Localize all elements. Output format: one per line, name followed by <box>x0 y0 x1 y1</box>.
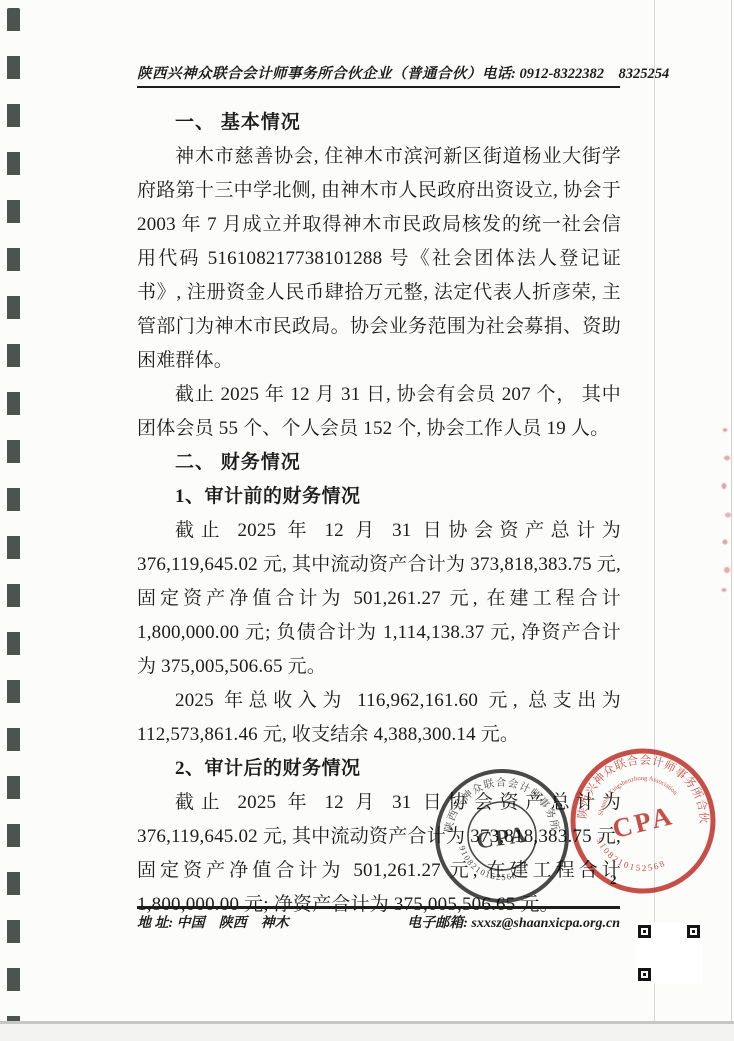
spiral-binding-holes <box>7 8 20 1028</box>
qr-finder-bottom-left <box>638 968 651 981</box>
scan-background <box>0 1024 734 1041</box>
paragraph-pre-audit-figures: 截止 2025 年 12 月 31 日协会资产总计为 376,119,645.0… <box>137 514 621 684</box>
firm-name: 陕西兴神众联合会计师事务所合伙企业（普通合伙） <box>137 62 482 83</box>
address-text: 地 址: 中国 陕西 神木 <box>137 912 289 932</box>
subheading-pre-audit: 1、审计前的财务情况 <box>137 480 621 514</box>
svg-text:9108210152568: 9108210152568 <box>595 836 668 873</box>
qr-finder-top-right <box>687 925 700 938</box>
red-stamp-cpa-text: CPA <box>609 800 677 844</box>
section-heading-basic-info: 一、 基本情况 <box>137 106 621 140</box>
red-stamp-edge-fragment <box>719 420 733 595</box>
red-cpa-seal-stamp: 陕西兴神众联合会计师事务所合伙企业（普通合伙） Shaanxi Xingshen… <box>568 746 718 901</box>
black-stamp-cpa-text: CPA <box>475 822 530 854</box>
qr-finder-top-left <box>638 925 651 938</box>
red-stamp-serial: 9108210152568 <box>595 836 668 873</box>
scanned-document-page: 陕西兴神众联合会计师事务所合伙企业（普通合伙） 电话: 0912-8322382… <box>0 0 734 1041</box>
black-stamp-ring-text: 陕西兴神众联合会计师事务所合伙企业（普通合伙） <box>432 766 561 833</box>
paragraph-association-intro: 神木市慈善协会, 住神木市滨河新区街道杨业大街学府路第十三中学北侧, 由神木市人… <box>137 140 621 378</box>
section-heading-financials: 二、 财务情况 <box>137 446 621 480</box>
svg-text:陕西兴神众联合会计师事务所合伙企业（普通合伙）: 陕西兴神众联合会计师事务所合伙企业（普通合伙） <box>432 766 561 833</box>
black-cpa-seal-stamp: 陕西兴神众联合会计师事务所合伙企业（普通合伙） 9108210152568 CP… <box>432 766 572 911</box>
paragraph-income-expense: 2025 年总收入为 116,962,161.60 元, 总支出为 112,57… <box>137 684 621 752</box>
email-text: 电子邮箱: sxxsz@shaanxicpa.org.cn <box>407 912 620 932</box>
phone-number: 电话: 0912-8322382 8325254 <box>482 62 669 83</box>
qr-code <box>635 922 703 984</box>
letterhead-footer: 地 址: 中国 陕西 神木 电子邮箱: sxxsz@shaanxicpa.org… <box>137 912 620 932</box>
letterhead-header: 陕西兴神众联合会计师事务所合伙企业（普通合伙） 电话: 0912-8322382… <box>137 56 620 88</box>
paragraph-membership: 截止 2025 年 12 月 31 日, 协会有会员 207 个， 其中团体会员… <box>137 378 621 446</box>
